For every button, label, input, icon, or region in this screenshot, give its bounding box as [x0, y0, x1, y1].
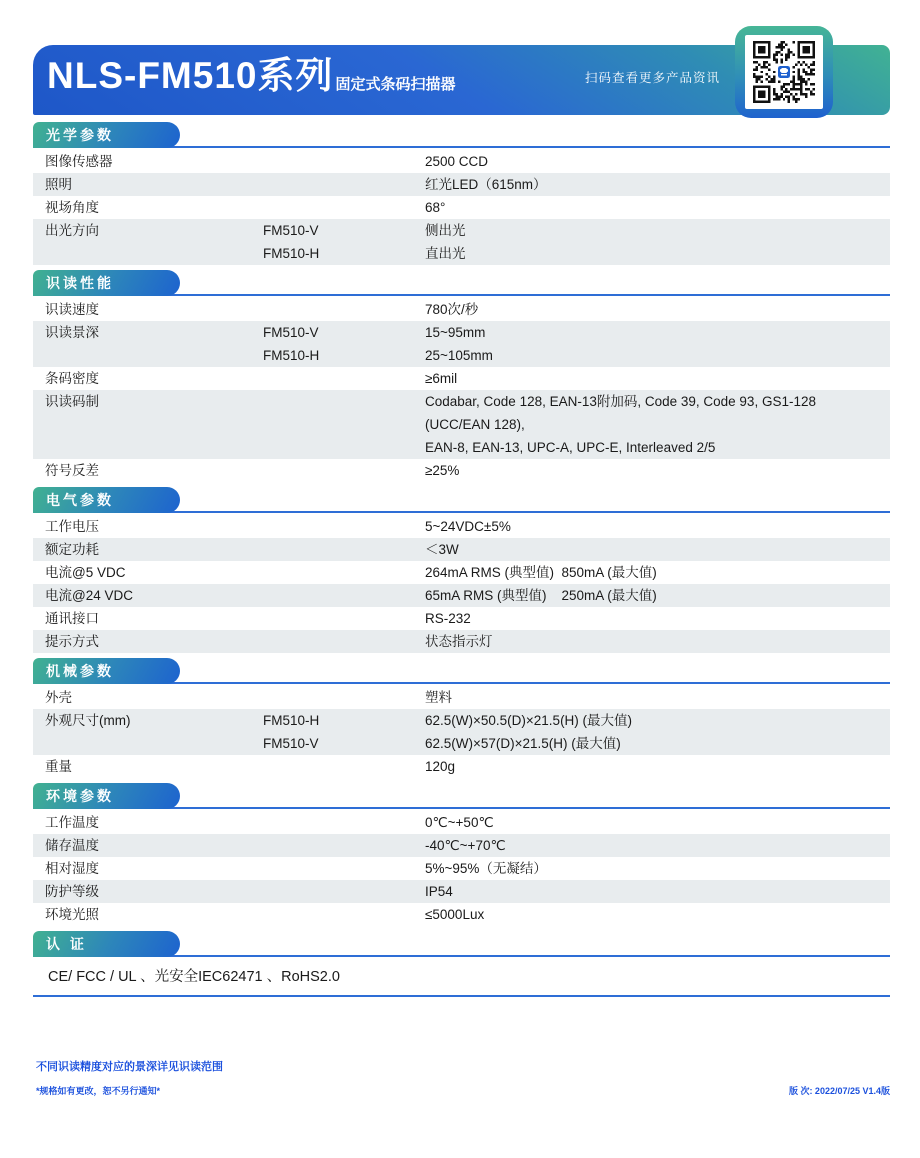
- spec-section: 环境参数工作温度0℃~+50℃储存温度-40℃~+70℃相对湿度5%~95%（无…: [33, 783, 890, 926]
- spec-value: 15~95mm: [425, 321, 890, 344]
- qr-code-image: [751, 41, 817, 103]
- spec-label: 环境光照: [33, 903, 263, 926]
- spec-value: 25~105mm: [425, 344, 890, 367]
- spec-model: FM510-H: [263, 709, 425, 732]
- spec-row: 识读速度780次/秒: [33, 298, 890, 321]
- spec-value: 5~24VDC±5%: [425, 515, 890, 538]
- section-tab: 环境参数: [33, 783, 180, 809]
- section-tab: 识读性能: [33, 270, 180, 296]
- qr-code-icon: [745, 35, 823, 109]
- section-tab-row: 识读性能: [33, 270, 890, 296]
- spec-sections: 光学参数图像传感器2500 CCD照明红光LED（615nm）视场角度68°出光…: [33, 122, 890, 1002]
- spec-section: 电气参数工作电压5~24VDC±5%额定功耗＜3W电流@5 VDC264mA R…: [33, 487, 890, 653]
- spec-label: 防护等级: [33, 880, 263, 903]
- spec-label: 出光方向: [33, 219, 263, 242]
- section-rows: 工作温度0℃~+50℃储存温度-40℃~+70℃相对湿度5%~95%（无凝结）防…: [33, 809, 890, 926]
- spec-section: 光学参数图像传感器2500 CCD照明红光LED（615nm）视场角度68°出光…: [33, 122, 890, 265]
- spec-label: 照明: [33, 173, 263, 196]
- spec-row: 工作温度0℃~+50℃: [33, 811, 890, 834]
- spec-value: 状态指示灯: [425, 630, 890, 653]
- spec-row: 视场角度68°: [33, 196, 890, 219]
- section-tab-row: 环境参数: [33, 783, 890, 809]
- spec-row: 环境光照≤5000Lux: [33, 903, 890, 926]
- spec-value: 62.5(W)×57(D)×21.5(H) (最大值): [425, 732, 890, 755]
- spec-label: 识读码制: [33, 390, 263, 413]
- spec-value: 780次/秒: [425, 298, 890, 321]
- spec-section: 识读性能识读速度780次/秒识读景深FM510-V15~95mmFM510-H2…: [33, 270, 890, 482]
- spec-row: 重量120g: [33, 755, 890, 778]
- section-tab-row: 认 证: [33, 931, 890, 957]
- spec-row: 识读景深FM510-V15~95mm: [33, 321, 890, 344]
- spec-model: FM510-H: [263, 242, 425, 265]
- spec-label: 符号反差: [33, 459, 263, 482]
- spec-row: 照明红光LED（615nm）: [33, 173, 890, 196]
- section-tab-row: 电气参数: [33, 487, 890, 513]
- spec-label: 电流@5 VDC: [33, 561, 263, 584]
- spec-value: ≥25%: [425, 459, 890, 482]
- spec-value: 2500 CCD: [425, 150, 890, 173]
- certification-text: CE/ FCC / UL 、光安全IEC62471 、RoHS2.0: [33, 957, 890, 997]
- spec-label: 工作电压: [33, 515, 263, 538]
- spec-row: 电流@5 VDC264mA RMS (典型值) 850mA (最大值): [33, 561, 890, 584]
- spec-row: 相对湿度5%~95%（无凝结）: [33, 857, 890, 880]
- spec-label: 电流@24 VDC: [33, 584, 263, 607]
- spec-label: 储存温度: [33, 834, 263, 857]
- title-row: NLS-FM510系列 固定式条码扫描器: [47, 51, 456, 101]
- section-rows: 外壳塑料外观尺寸(mm)FM510-H62.5(W)×50.5(D)×21.5(…: [33, 684, 890, 778]
- spec-row: 图像传感器2500 CCD: [33, 150, 890, 173]
- section-rows: 识读速度780次/秒识读景深FM510-V15~95mmFM510-H25~10…: [33, 296, 890, 482]
- spec-row: FM510-H直出光: [33, 242, 890, 265]
- product-subtitle: 固定式条码扫描器: [335, 73, 455, 101]
- spec-label: 识读景深: [33, 321, 263, 344]
- spec-row: 识读码制Codabar, Code 128, EAN-13附加码, Code 3…: [33, 390, 890, 459]
- spec-model: FM510-V: [263, 732, 425, 755]
- footnote-disclaimer: *规格如有更改，恕不另行通知*: [36, 1084, 160, 1097]
- spec-value: 65mA RMS (典型值) 250mA (最大值): [425, 584, 890, 607]
- spec-row: 条码密度≥6mil: [33, 367, 890, 390]
- spec-model: FM510-H: [263, 344, 425, 367]
- section-rows: 图像传感器2500 CCD照明红光LED（615nm）视场角度68°出光方向FM…: [33, 148, 890, 265]
- spec-label: 图像传感器: [33, 150, 263, 173]
- spec-value: 直出光: [425, 242, 890, 265]
- spec-value: 塑料: [425, 686, 890, 709]
- section-tab-row: 机械参数: [33, 658, 890, 684]
- spec-label: 相对湿度: [33, 857, 263, 880]
- spec-label: 重量: [33, 755, 263, 778]
- spec-value: IP54: [425, 880, 890, 903]
- spec-value: Codabar, Code 128, EAN-13附加码, Code 39, C…: [425, 390, 890, 459]
- version-label: 版 次: 2022/07/25 V1.4版: [789, 1084, 890, 1097]
- section-rows: 工作电压5~24VDC±5%额定功耗＜3W电流@5 VDC264mA RMS (…: [33, 513, 890, 653]
- section-tab: 机械参数: [33, 658, 180, 684]
- spec-row: 额定功耗＜3W: [33, 538, 890, 561]
- section-tab: 电气参数: [33, 487, 180, 513]
- spec-label: 外观尺寸(mm): [33, 709, 263, 732]
- spec-value: 264mA RMS (典型值) 850mA (最大值): [425, 561, 890, 584]
- qr-caption: 扫码查看更多产品资讯: [585, 68, 720, 86]
- spec-label: 视场角度: [33, 196, 263, 219]
- spec-label: 条码密度: [33, 367, 263, 390]
- spec-value: RS-232: [425, 607, 890, 630]
- spec-value: 0℃~+50℃: [425, 811, 890, 834]
- spec-model: FM510-V: [263, 219, 425, 242]
- section-tab: 光学参数: [33, 122, 180, 148]
- spec-value: -40℃~+70℃: [425, 834, 890, 857]
- spec-value: 5%~95%（无凝结）: [425, 857, 890, 880]
- spec-row: 储存温度-40℃~+70℃: [33, 834, 890, 857]
- spec-value: 红光LED（615nm）: [425, 173, 890, 196]
- spec-value: ≥6mil: [425, 367, 890, 390]
- spec-label: 工作温度: [33, 811, 263, 834]
- spec-value: 120g: [425, 755, 890, 778]
- qr-code-container: [735, 26, 833, 118]
- spec-section: 机械参数外壳塑料外观尺寸(mm)FM510-H62.5(W)×50.5(D)×2…: [33, 658, 890, 778]
- footnote-depth-of-field: 不同识读精度对应的景深详见识读范围: [36, 1058, 223, 1074]
- spec-label: 额定功耗: [33, 538, 263, 561]
- spec-row: 外观尺寸(mm)FM510-H62.5(W)×50.5(D)×21.5(H) (…: [33, 709, 890, 732]
- spec-value: 68°: [425, 196, 890, 219]
- spec-row: 符号反差≥25%: [33, 459, 890, 482]
- spec-row: 出光方向FM510-V侧出光: [33, 219, 890, 242]
- spec-value: ＜3W: [425, 538, 890, 561]
- spec-model: FM510-V: [263, 321, 425, 344]
- spec-row: 外壳塑料: [33, 686, 890, 709]
- spec-value: 侧出光: [425, 219, 890, 242]
- spec-row: 提示方式状态指示灯: [33, 630, 890, 653]
- spec-label: 通讯接口: [33, 607, 263, 630]
- product-title: NLS-FM510系列: [47, 51, 333, 101]
- spec-label: 外壳: [33, 686, 263, 709]
- spec-value: 62.5(W)×50.5(D)×21.5(H) (最大值): [425, 709, 890, 732]
- spec-section: 认 证CE/ FCC / UL 、光安全IEC62471 、RoHS2.0: [33, 931, 890, 997]
- spec-label: 识读速度: [33, 298, 263, 321]
- spec-row: FM510-V62.5(W)×57(D)×21.5(H) (最大值): [33, 732, 890, 755]
- spec-row: 电流@24 VDC65mA RMS (典型值) 250mA (最大值): [33, 584, 890, 607]
- spec-row: FM510-H25~105mm: [33, 344, 890, 367]
- section-tab-row: 光学参数: [33, 122, 890, 148]
- spec-label: 提示方式: [33, 630, 263, 653]
- section-tab: 认 证: [33, 931, 180, 957]
- spec-row: 工作电压5~24VDC±5%: [33, 515, 890, 538]
- spec-row: 防护等级IP54: [33, 880, 890, 903]
- spec-value: ≤5000Lux: [425, 903, 890, 926]
- spec-row: 通讯接口RS-232: [33, 607, 890, 630]
